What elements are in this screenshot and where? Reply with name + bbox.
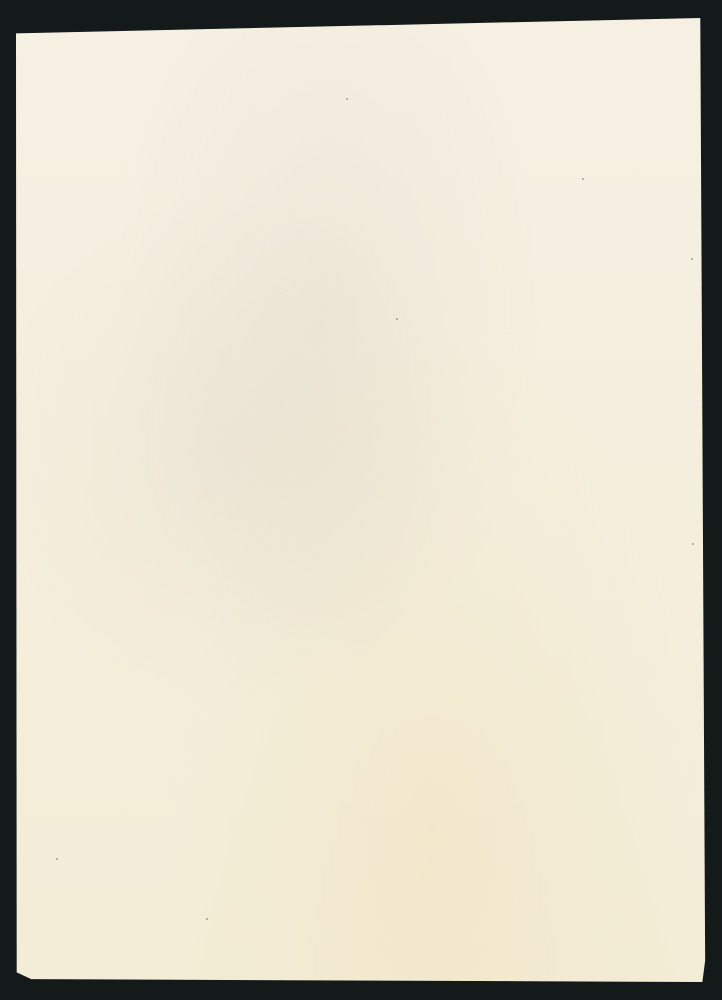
paper-speck xyxy=(692,543,694,545)
blank-paper-sheet xyxy=(16,18,710,982)
paper-speck xyxy=(691,258,693,260)
paper-speck xyxy=(346,98,348,100)
paper-speck xyxy=(396,318,398,320)
paper-speck xyxy=(582,178,584,180)
paper-speck xyxy=(206,918,208,920)
paper-speck xyxy=(56,858,58,860)
